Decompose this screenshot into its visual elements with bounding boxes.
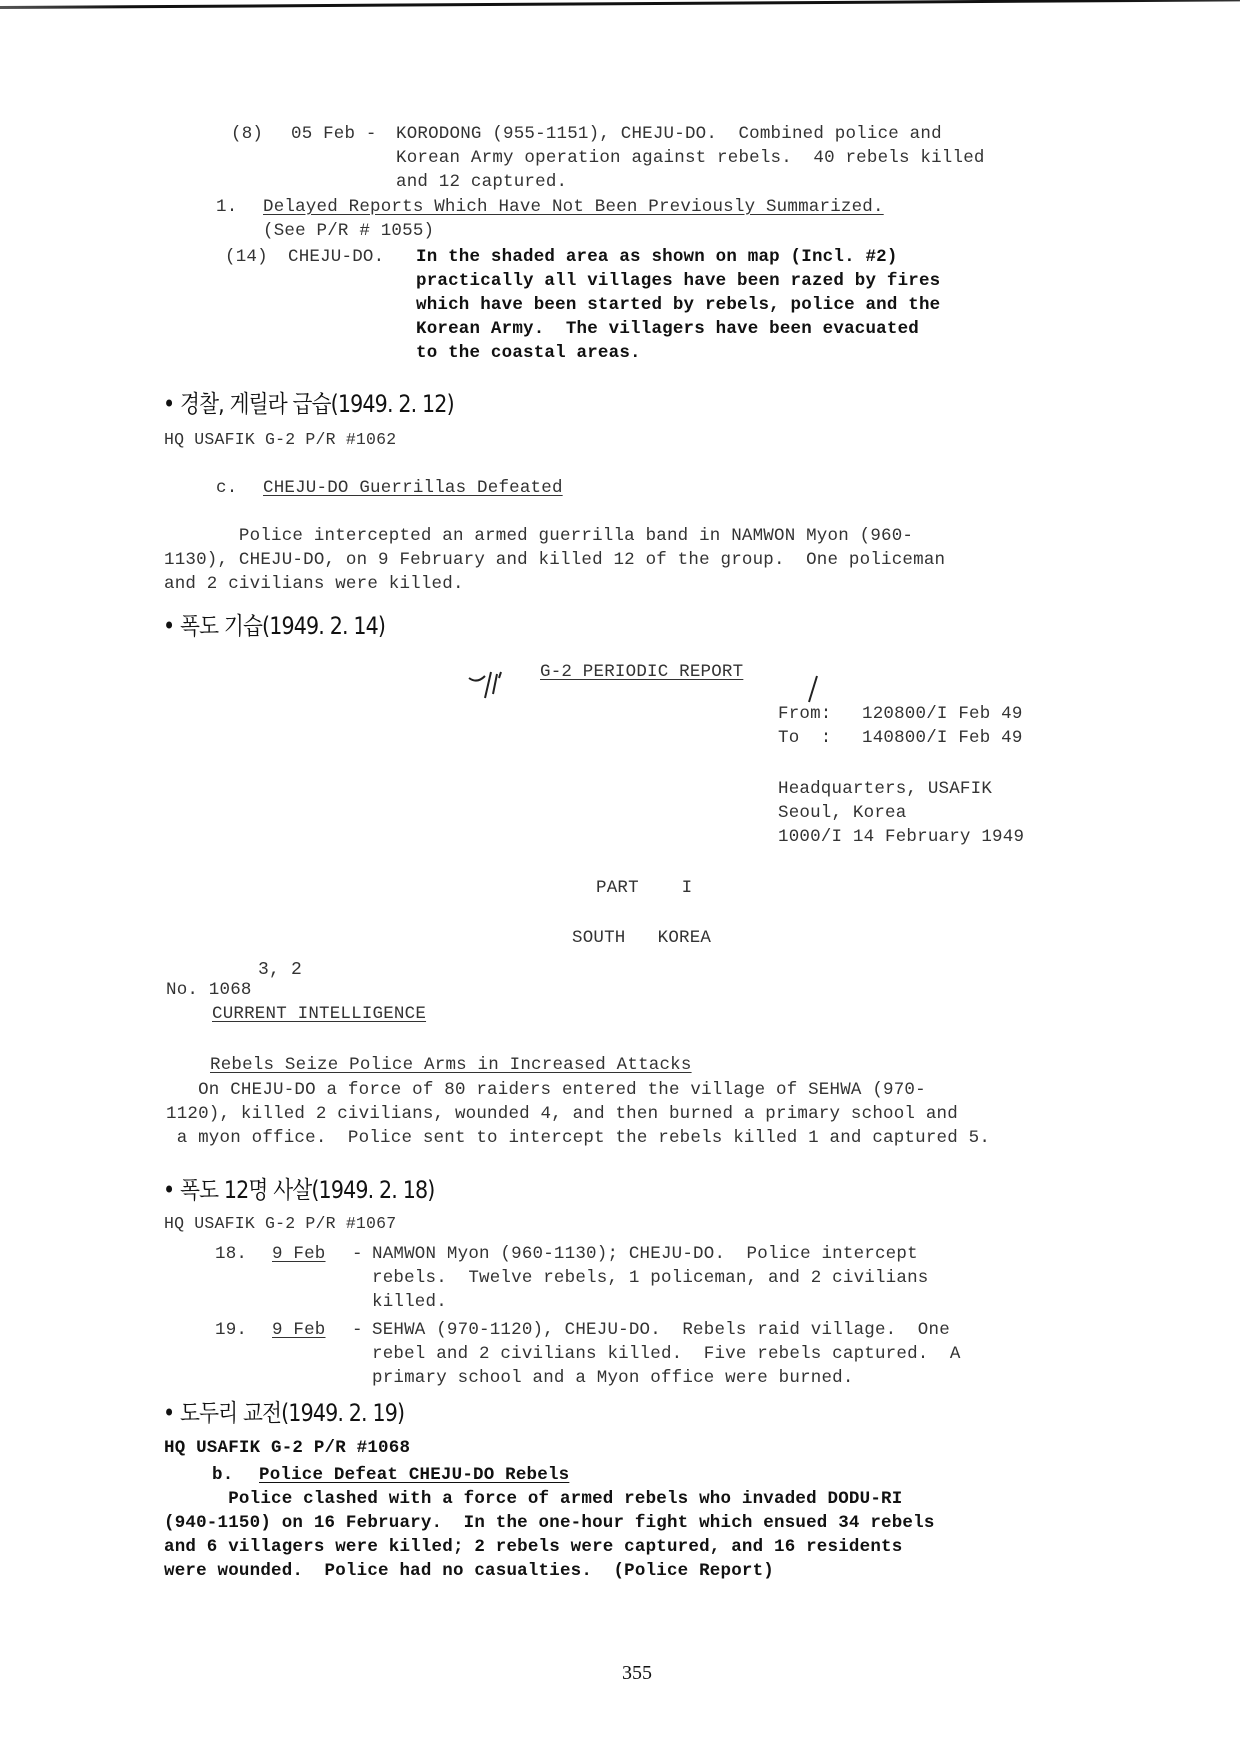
item-line: killed. — [372, 1290, 929, 1314]
entry-2-paragraph: On CHEJU-DO a force of 80 raiders entere… — [166, 1078, 990, 1150]
to-label: To : — [778, 726, 832, 750]
paragraph-line: 1130), CHEJU-DO, on 9 February and kille… — [164, 548, 945, 572]
item-18-date: 9 Feb — [272, 1242, 326, 1266]
entry-4-sub-title: Police Defeat CHEJU-DO Rebels — [259, 1463, 569, 1487]
hq-line: Seoul, Korea — [778, 801, 1024, 825]
scan-top-edge-line — [0, 0, 1240, 9]
item-8-line: and 12 captured. — [396, 170, 985, 194]
part-heading: PART I — [596, 876, 692, 900]
delayed-reports-title: Delayed Reports Which Have Not Been Prev… — [263, 195, 884, 219]
entry-1-source: HQ USAFIK G-2 P/R #1062 — [164, 428, 396, 452]
item-8-text: KORODONG (955-1151), CHEJU-DO. Combined … — [396, 122, 985, 194]
article-title: Rebels Seize Police Arms in Increased At… — [210, 1053, 692, 1077]
item-line: primary school and a Myon office were bu… — [372, 1366, 961, 1390]
paragraph-line: were wounded. Police had no casualties. … — [164, 1559, 935, 1583]
item-18-number: 18. — [215, 1242, 247, 1266]
report-number: No. 1068 — [166, 978, 252, 1002]
item-19-date: 9 Feb — [272, 1318, 326, 1342]
item-14-line: practically all villages have been razed… — [416, 269, 940, 293]
entry-1-sub-label: c. — [216, 476, 237, 500]
korean-heading-police-guerrilla-raid: • 경찰, 게릴라 급습(1949. 2. 12) — [163, 384, 454, 419]
paragraph-line: (940-1150) on 16 February. In the one-ho… — [164, 1511, 935, 1535]
entry-4-source: HQ USAFIK G-2 P/R #1068 — [164, 1436, 410, 1460]
item-14-text: In the shaded area as shown on map (Incl… — [416, 245, 940, 365]
item-line: SEHWA (970-1120), CHEJU-DO. Rebels raid … — [372, 1318, 961, 1342]
entry-4-sub-label: b. — [212, 1463, 233, 1487]
handwritten-note: 3, 2 — [258, 958, 302, 982]
item-8-number: (8) — [231, 122, 263, 146]
item-line: rebels. Twelve rebels, 1 policeman, and … — [372, 1266, 929, 1290]
korean-heading-rebel-raid: • 폭도 기습(1949. 2. 14) — [163, 606, 385, 641]
from-label: From: — [778, 702, 832, 726]
to-value: 140800/I Feb 49 — [862, 726, 1023, 750]
item-14-place: CHEJU-DO. — [288, 245, 384, 269]
entry-1-sub-title: CHEJU-DO Guerrillas Defeated — [263, 476, 563, 500]
paragraph-line: Police clashed with a force of armed reb… — [164, 1487, 935, 1511]
from-value: 120800/I Feb 49 — [862, 702, 1023, 726]
g2-periodic-report-title: G-2 PERIODIC REPORT — [540, 660, 743, 684]
item-14-line: to the coastal areas. — [416, 341, 940, 365]
item-14-number: (14) — [225, 245, 268, 269]
hq-line: 1000/I 14 February 1949 — [778, 825, 1024, 849]
paragraph-line: a myon office. Police sent to intercept … — [166, 1126, 990, 1150]
entry-4-paragraph: Police clashed with a force of armed reb… — [164, 1487, 935, 1583]
item-line: rebel and 2 civilians killed. Five rebel… — [372, 1342, 961, 1366]
item-19-number: 19. — [215, 1318, 247, 1342]
korean-heading-12-rebels-killed: • 폭도 12명 사살(1949. 2. 18) — [163, 1170, 434, 1205]
current-intelligence-heading: CURRENT INTELLIGENCE — [212, 1002, 426, 1026]
item-14-line: In the shaded area as shown on map (Incl… — [416, 245, 940, 269]
paragraph-line: Police intercepted an armed guerrilla ba… — [164, 524, 945, 548]
paragraph-line: and 2 civilians were killed. — [164, 572, 945, 596]
paragraph-line: On CHEJU-DO a force of 80 raiders entere… — [166, 1078, 990, 1102]
item-14-line: Korean Army. The villagers have been eva… — [416, 317, 940, 341]
hq-line: Headquarters, USAFIK — [778, 777, 1024, 801]
delayed-number: 1. — [216, 195, 237, 219]
item-18-dash: - — [352, 1242, 363, 1266]
handwritten-slash-mark — [786, 656, 802, 686]
entry-1-paragraph: Police intercepted an armed guerrilla ba… — [164, 524, 945, 596]
item-14-line: which have been started by rebels, polic… — [416, 293, 940, 317]
paragraph-line: and 6 villagers were killed; 2 rebels we… — [164, 1535, 935, 1559]
item-18-text: NAMWON Myon (960-1130); CHEJU-DO. Police… — [372, 1242, 929, 1314]
entry-3-source: HQ USAFIK G-2 P/R #1067 — [164, 1212, 396, 1236]
item-8-line: KORODONG (955-1151), CHEJU-DO. Combined … — [396, 122, 985, 146]
korean-heading-dodu-ri-clash: • 도두리 교전(1949. 2. 19) — [163, 1393, 404, 1428]
delayed-reports-reference: (See P/R # 1055) — [263, 219, 434, 243]
item-line: NAMWON Myon (960-1130); CHEJU-DO. Police… — [372, 1242, 929, 1266]
item-19-text: SEHWA (970-1120), CHEJU-DO. Rebels raid … — [372, 1318, 961, 1390]
paragraph-line: 1120), killed 2 civilians, wounded 4, an… — [166, 1102, 990, 1126]
region-heading: SOUTH KOREA — [572, 926, 711, 950]
page-number: 355 — [622, 1662, 652, 1685]
item-19-dash: - — [352, 1318, 363, 1342]
headquarters-block: Headquarters, USAFIK Seoul, Korea 1000/I… — [778, 777, 1024, 849]
item-8-date: 05 Feb - — [291, 122, 377, 146]
handwritten-mark — [448, 650, 508, 684]
item-8-line: Korean Army operation against rebels. 40… — [396, 146, 985, 170]
